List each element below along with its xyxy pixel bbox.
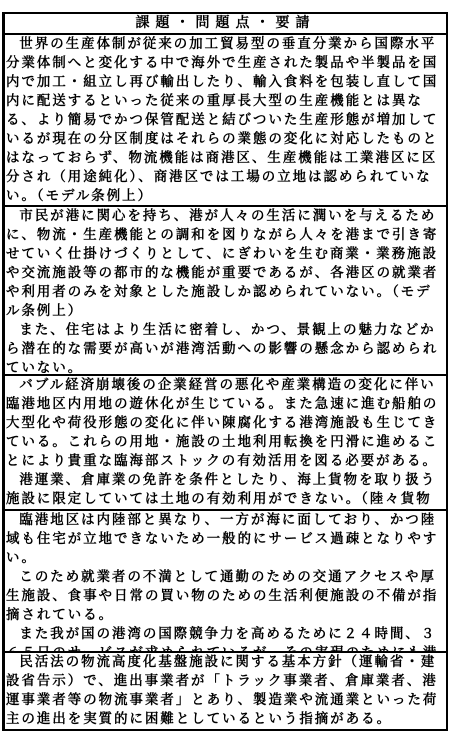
paragraph: 臨港地区は内陸部と異なり、一方が海に面しており、かつ陸域も住宅が立地できないため…: [5, 511, 446, 568]
issue-row-3: バブル経済崩壊後の企業経営の悪化や産業構造の変化に伴い臨港地区内用地の遊休化が生…: [5, 376, 446, 511]
issue-row-5: 民活法の物流高度化基盤施設に関する基本方針（運輸省・建設省告示）で、進出事業者が…: [5, 653, 446, 729]
paragraph: 市民が港に関心を持ち、港が人々の生活に潤いを与えるために、物流・生産機能との調和…: [5, 207, 446, 321]
issues-table: 課題・問題点・要請 世界の生産体制が従来の加工貿易型の垂直分業から国際水平分業体…: [2, 12, 448, 731]
table-header: 課題・問題点・要請: [5, 14, 446, 35]
paragraph: 民活法の物流高度化基盤施設に関する基本方針（運輸省・建設省告示）で、進出事業者が…: [5, 653, 446, 729]
paragraph: このため就業者の不満として通勤のための交通アクセスや厚生施設、食事や日常の買い物…: [5, 568, 446, 625]
paragraph: バブル経済崩壊後の企業経営の悪化や産業構造の変化に伴い臨港地区内用地の遊休化が生…: [5, 376, 446, 471]
paragraph: 港運業、倉庫業の免許を条件としたり、海上貨物を取り扱う施設に限定していては土地の…: [5, 471, 446, 511]
issue-row-1: 世界の生産体制が従来の加工貿易型の垂直分業から国際水平分業体制へと変化する中で海…: [5, 35, 446, 207]
paragraph: 世界の生産体制が従来の加工貿易型の垂直分業から国際水平分業体制へと変化する中で海…: [5, 35, 446, 206]
paragraph: また、住宅はより生活に密着し、かつ、景観上の魅力などから潜在的な需要が高いが港湾…: [5, 321, 446, 376]
paragraph: また我が国の港湾の国際競争力を高めるために２４時間、３６５日のサービスが求められ…: [5, 625, 446, 653]
issue-row-2: 市民が港に関心を持ち、港が人々の生活に潤いを与えるために、物流・生産機能との調和…: [5, 207, 446, 376]
issue-row-4: 臨港地区は内陸部と異なり、一方が海に面しており、かつ陸域も住宅が立地できないため…: [5, 511, 446, 653]
